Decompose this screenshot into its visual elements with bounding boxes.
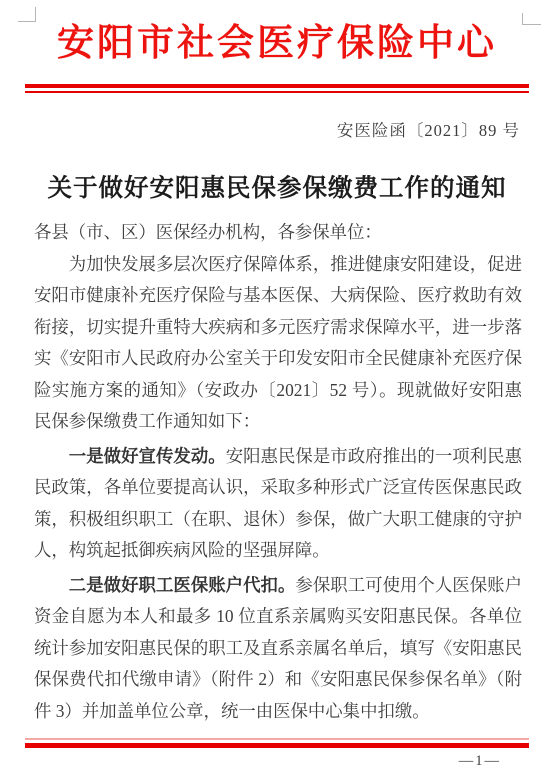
document-page: 安阳市社会医疗保险中心 安医险函〔2021〕89 号 关于做好安阳惠民保参保缴费… [0, 0, 554, 778]
body-paragraphs: 为加快发展多层次医疗保障体系，推进健康安阳建设，促进安阳市健康补充医疗保险与基本… [34, 249, 522, 728]
paragraph-text: 为加快发展多层次医疗保障体系，推进健康安阳建设，促进安阳市健康补充医疗保险与基本… [34, 254, 522, 432]
page-margin-mark-top-left [18, 7, 36, 22]
document-body: 各县（市、区）医保经办机构，各参保单位： 为加快发展多层次医疗保障体系，推进健康… [34, 217, 522, 727]
paragraph-lead: 一是做好宣传发动。 [69, 446, 226, 466]
page-margin-mark-top-right [522, 13, 541, 25]
body-paragraph: 为加快发展多层次医疗保障体系，推进健康安阳建设，促进安阳市健康补充医疗保险与基本… [34, 249, 522, 438]
document-reference-number: 安医险函〔2021〕89 号 [0, 117, 554, 141]
document-title: 关于做好安阳惠民保参保缴费工作的通知 [20, 173, 534, 205]
agency-letterhead-title: 安阳市社会医疗保险中心 [0, 0, 554, 68]
letterhead-divider-thin-line [25, 91, 529, 93]
body-paragraph: 一是做好宣传发动。安阳惠民保是市政府推出的一项利民惠民政策，各单位要提高认识，采… [34, 441, 522, 567]
page-footer: —1— [25, 738, 529, 770]
body-paragraph: 二是做好职工医保账户代扣。参保职工可使用个人医保账户资金自愿为本人和最多 10 … [34, 570, 522, 728]
letterhead-divider [25, 84, 529, 93]
salutation-line: 各县（市、区）医保经办机构，各参保单位： [34, 217, 522, 249]
paragraph-lead: 二是做好职工医保账户代扣。 [69, 575, 296, 595]
paragraph-text: 参保职工可使用个人医保账户资金自愿为本人和最多 10 位直系亲属购买安阳惠民保。… [34, 575, 522, 721]
page-number: —1— [25, 753, 529, 770]
footer-divider-thick-line [25, 743, 529, 748]
